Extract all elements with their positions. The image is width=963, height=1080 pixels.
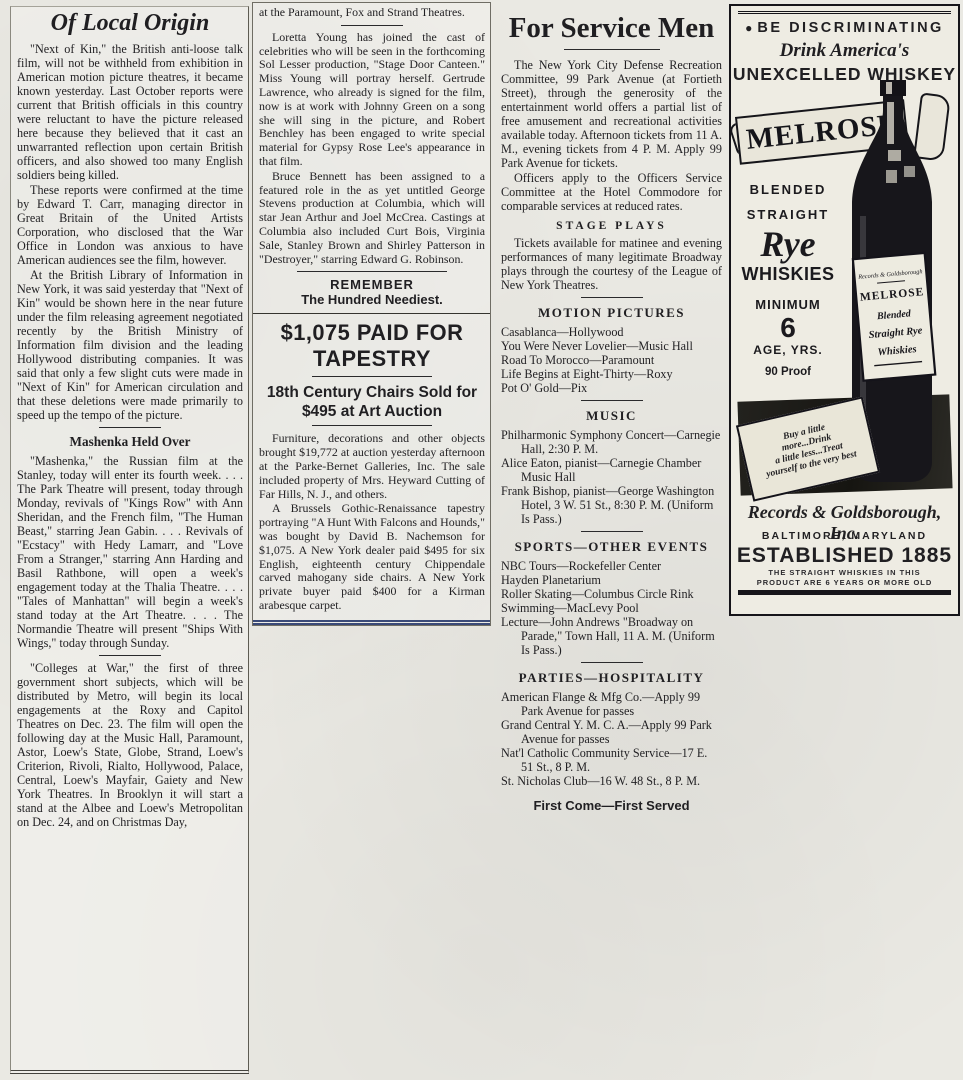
list-item: Nat'l Catholic Community Service—17 E. 5…	[501, 746, 722, 774]
list-item: Swimming—MacLevy Pool	[501, 601, 722, 615]
bottle-label: Records & Goldsborough MELROSE Blended S…	[853, 253, 935, 381]
section-title-parties-hospitality: PARTIES—HOSPITALITY	[501, 670, 722, 686]
ad-copy-rye: Rye	[739, 224, 837, 264]
ad-bottom-rule	[738, 590, 951, 595]
ad-top-rule	[738, 11, 951, 14]
ad-disclaimer-line: PRODUCT ARE 6 YEARS OR MORE OLD	[731, 578, 958, 587]
section-rule	[581, 297, 643, 298]
subhead-mashenka-held-over: Mashenka Held Over	[17, 434, 243, 450]
list-item: Road To Morocco—Paramount	[501, 353, 722, 367]
remember-line: REMEMBER	[259, 277, 485, 292]
article-for-service-men: For Service Men The New York City Defens…	[498, 12, 725, 813]
ad-copy-minimum: MINIMUM	[739, 297, 837, 312]
article-title-for-service-men: For Service Men	[501, 12, 722, 45]
ad-left-copy: BLENDED STRAIGHT Rye WHISKIES MINIMUM 6 …	[739, 182, 837, 378]
remember-line: The Hundred Neediest.	[259, 292, 485, 307]
paragraph: A Brussels Gothic-Renaissance tapestry p…	[259, 502, 485, 612]
section-title-stage-plays: STAGE PLAYS	[501, 220, 722, 232]
ad-disclaimer-line: THE STRAIGHT WHISKIES IN THIS	[731, 568, 958, 577]
section-rule	[99, 655, 161, 656]
section-title-music: MUSIC	[501, 408, 722, 424]
section-rule	[312, 425, 432, 426]
ad-copy-straight: STRAIGHT	[739, 207, 837, 222]
section-rule	[581, 400, 643, 401]
newspaper-clipping-scan: { "colors": { "paper": "#eae9e3", "ink":…	[0, 0, 963, 1080]
list-item: Lecture—John Andrews "Broadway on Parade…	[501, 615, 722, 657]
continuation-paragraph: at the Paramount, Fox and Strand Theatre…	[259, 6, 485, 20]
article-tapestry-auction: $1,075 PAID FOR TAPESTRY 18th Century Ch…	[253, 313, 490, 624]
paragraph: "Next of Kin," the British anti-loose ta…	[17, 42, 243, 182]
first-come-first-served-note: First Come—First Served	[501, 798, 722, 813]
ad-tagline-text: BE DISCRIMINATING	[757, 20, 943, 36]
section-rule	[297, 271, 447, 272]
article-of-local-origin: Of Local Origin "Next of Kin," the Briti…	[10, 6, 249, 1074]
list-item: Pot O' Gold—Pix	[501, 381, 722, 395]
ad-copy-age-label: AGE, YRS.	[739, 343, 837, 357]
list-item: NBC Tours—Rockefeller Center	[501, 559, 722, 573]
list-item: Hayden Planetarium	[501, 573, 722, 587]
bottle-cap	[880, 80, 906, 96]
list-item: Life Begins at Eight-Thirty—Roxy	[501, 367, 722, 381]
paragraph: These reports were confirmed at the time…	[17, 183, 243, 267]
article-subhead: 18th Century Chairs Sold for	[259, 383, 485, 402]
paragraph: "Mashenka," the Russian film at the Stan…	[17, 454, 243, 650]
bullet-icon: ●	[745, 21, 752, 35]
section-rule	[581, 531, 643, 532]
list-item: Philharmonic Symphony Concert—Carnegie H…	[501, 428, 722, 456]
paragraph: Furniture, decorations and other objects…	[259, 432, 485, 501]
paragraph: Tickets available for matinee and evenin…	[501, 236, 722, 292]
ad-established: ESTABLISHED 1885	[731, 544, 958, 568]
remember-notice: REMEMBER The Hundred Neediest.	[259, 277, 485, 307]
paragraph: Loretta Young has joined the cast of cel…	[259, 31, 485, 169]
paragraph: Officers apply to the Officers Service C…	[501, 171, 722, 213]
list-item: Frank Bishop, pianist—George Washington …	[501, 484, 722, 526]
ad-copy-whiskies: WHISKIES	[739, 264, 837, 285]
melrose-whiskey-advertisement: ●BE DISCRIMINATING Drink America's UNEXC…	[729, 4, 960, 616]
ad-copy-proof: 90 Proof	[739, 366, 837, 378]
headline-rule	[564, 49, 660, 50]
ad-company-city: BALTIMORE, MARYLAND	[731, 530, 958, 542]
column-two: at the Paramount, Fox and Strand Theatre…	[252, 2, 491, 626]
ad-copy-blended: BLENDED	[739, 182, 837, 197]
ad-copy-age-number: 6	[739, 313, 837, 343]
section-rule	[581, 662, 643, 663]
section-title-sports-other-events: SPORTS—OTHER EVENTS	[501, 539, 722, 555]
list-item: Grand Central Y. M. C. A.—Apply 99 Park …	[501, 718, 722, 746]
list-item: You Were Never Lovelier—Music Hall	[501, 339, 722, 353]
section-rule	[341, 25, 403, 26]
section-rule	[99, 427, 161, 428]
article-title-of-local-origin: Of Local Origin	[17, 9, 243, 37]
paragraph: "Colleges at War," the first of three go…	[17, 661, 243, 829]
section-title-motion-pictures: MOTION PICTURES	[501, 305, 722, 321]
article-headline-tapestry: $1,075 PAID FOR TAPESTRY	[262, 320, 481, 372]
paragraph: Bruce Bennett has been assigned to a fea…	[259, 170, 485, 267]
article-subhead: $495 at Art Auction	[259, 402, 485, 421]
section-rule	[312, 376, 432, 377]
list-item: St. Nicholas Club—16 W. 48 St., 8 P. M.	[501, 774, 722, 788]
ad-tagline: ●BE DISCRIMINATING	[731, 20, 958, 36]
ad-slogan: Drink America's	[731, 40, 958, 62]
list-item: Alice Eaton, pianist—Carnegie Chamber Mu…	[501, 456, 722, 484]
list-item: American Flange & Mfg Co.—Apply 99 Park …	[501, 690, 722, 718]
paragraph: At the British Library of Information in…	[17, 268, 243, 422]
list-item: Casablanca—Hollywood	[501, 325, 722, 339]
list-item: Roller Skating—Columbus Circle Rink	[501, 587, 722, 601]
paragraph: The New York City Defense Recreation Com…	[501, 58, 722, 170]
